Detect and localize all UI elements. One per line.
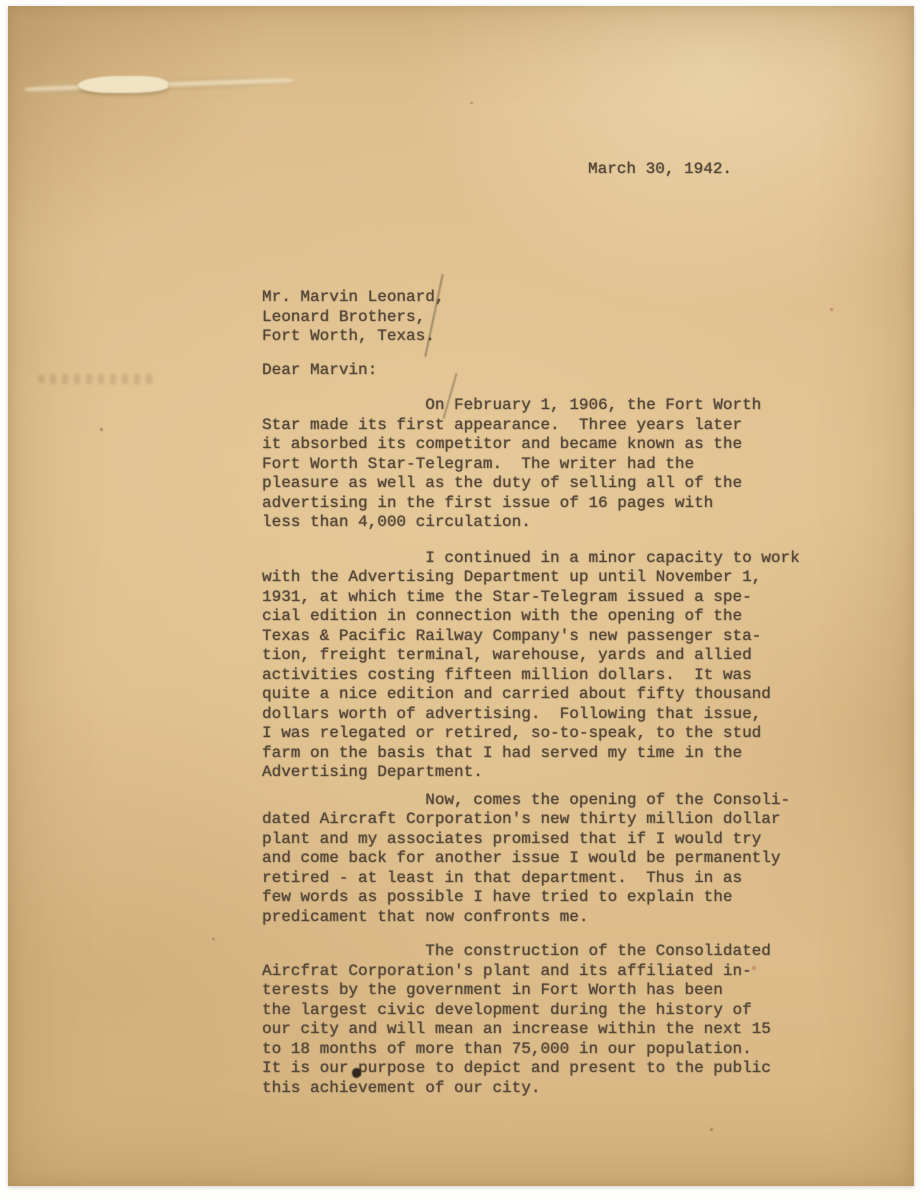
paragraph-2: I continued in a minor capacity to work … [262, 549, 822, 783]
salutation: Dear Marvin: [262, 361, 822, 381]
address-line-name: Mr. Marvin Leonard, [262, 288, 822, 308]
paragraph-4: The construction of the Consolidated Air… [262, 942, 822, 1098]
paper-speck [710, 1128, 713, 1131]
paper-speck [212, 938, 215, 940]
paper-speck [470, 102, 473, 104]
paper-speck [100, 428, 103, 431]
letter-body: Mr. Marvin Leonard, Leonard Brothers, Fo… [262, 288, 822, 1114]
address-line-company: Leonard Brothers, [262, 308, 822, 328]
paragraph-3: Now, comes the opening of the Consoli- d… [262, 791, 822, 928]
recipient-address: Mr. Marvin Leonard, Leonard Brothers, Fo… [262, 288, 822, 347]
torn-paper-patch [78, 76, 168, 93]
paragraph-1: On February 1, 1906, the Fort Worth Star… [262, 396, 822, 533]
letter-date: March 30, 1942. [588, 160, 732, 180]
address-line-city: Fort Worth, Texas. [262, 327, 822, 347]
paper-speck [830, 308, 833, 311]
faded-smudge [38, 374, 158, 384]
